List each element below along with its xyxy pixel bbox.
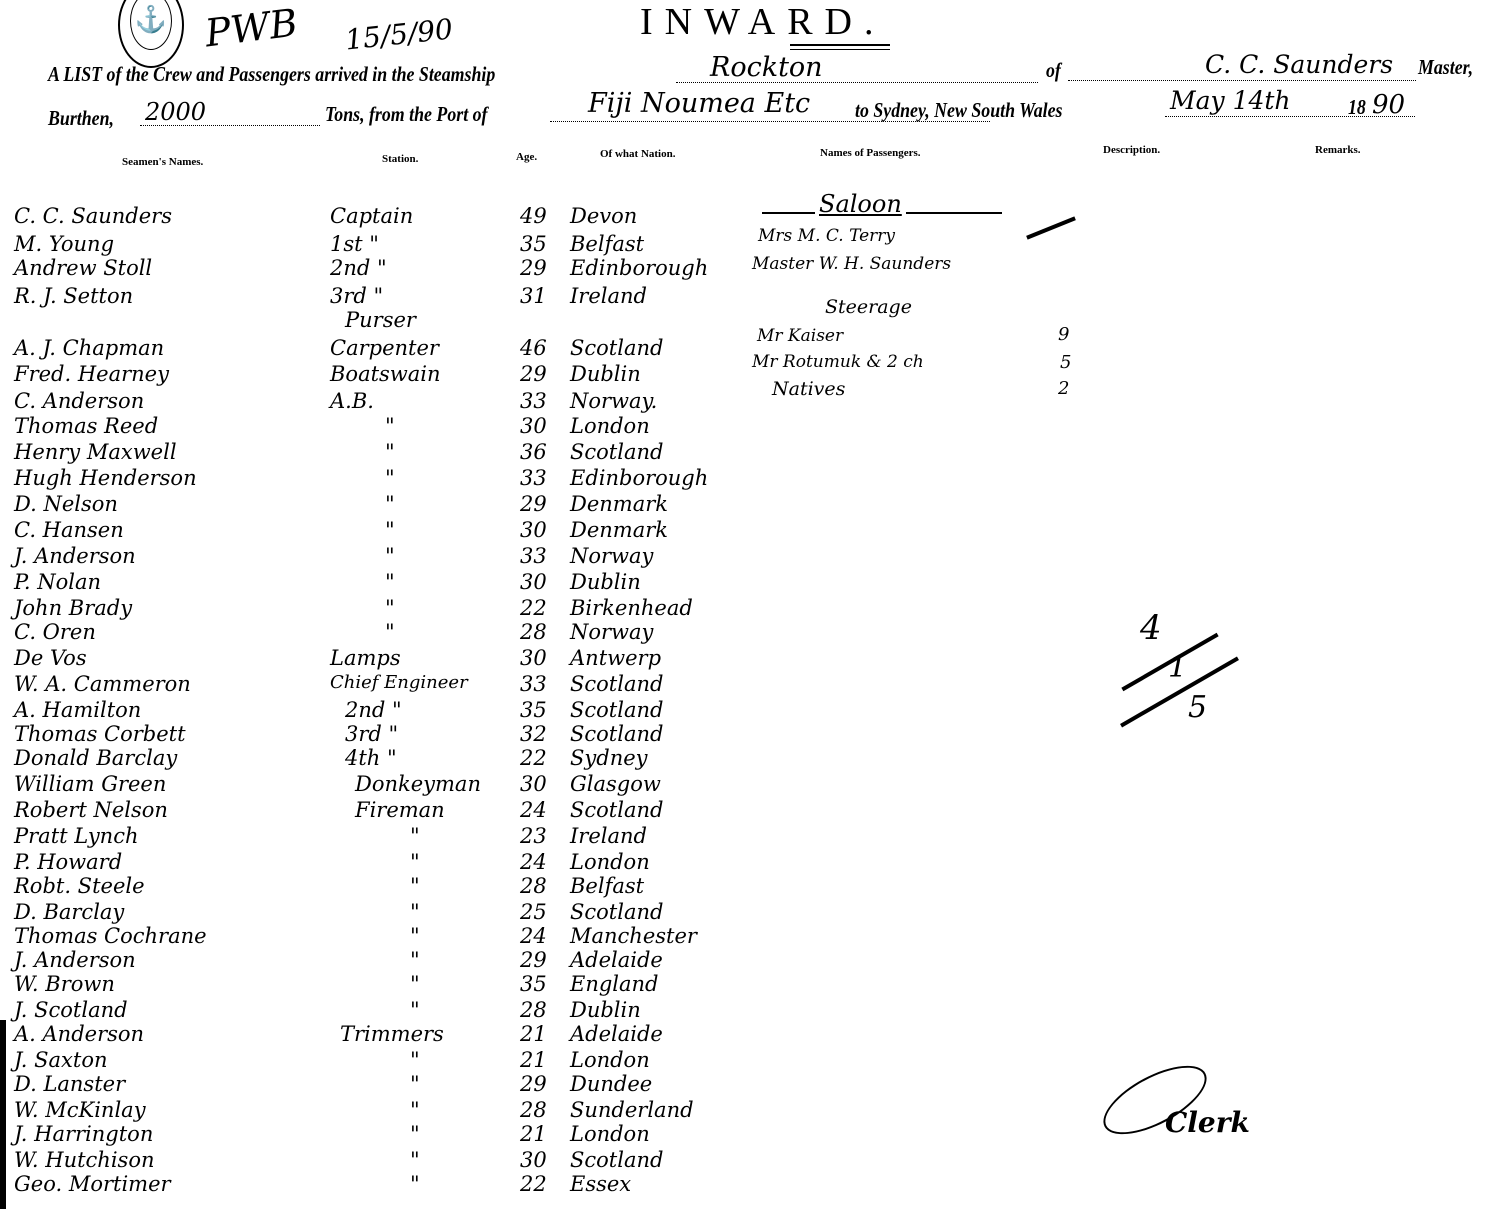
seaman-nation: Denmark [570,518,668,542]
seaman-age: 28 [520,1098,547,1122]
seaman-age: 30 [520,1148,547,1172]
seaman-nation: England [570,972,659,996]
seaman-nation: Adelaide [570,948,663,972]
crew-row: W. Hutchison"30Scotland [0,1148,800,1174]
seaman-station: " [385,414,395,438]
seaman-nation: Scotland [570,672,663,696]
seaman-nation: Ireland [570,824,647,848]
seaman-age: 35 [520,232,547,256]
seaman-name: P. Nolan [14,570,101,594]
seaman-station: " [385,466,395,490]
seaman-station: Boatswain [330,362,441,386]
seaman-nation: Belfast [570,232,644,256]
passenger-tally: 9 [1058,324,1069,345]
seaman-nation: Belfast [570,874,644,898]
shipping-department-stamp: ⚓ [118,0,184,68]
seaman-name: A. J. Chapman [14,336,164,360]
passenger-tally: 2 [1058,378,1069,399]
seaman-nation: Sunderland [570,1098,694,1122]
seaman-age: 22 [520,746,547,770]
crew-row: Thomas Cochrane"24Manchester [0,924,800,950]
seaman-name: J. Saxton [14,1048,108,1072]
seaman-name: Robt. Steele [14,874,145,898]
crew-row: Robt. Steele"28Belfast [0,874,800,900]
seaman-name: J. Scotland [14,998,128,1022]
crew-row: J. Anderson"29Adelaide [0,948,800,974]
seaman-nation: Denmark [570,492,668,516]
seaman-name: Donald Barclay [14,746,177,770]
form-line2-prefix: Burthen, [48,106,114,131]
crew-row: A. AndersonTrimmers21Adelaide [0,1022,800,1048]
seaman-name: M. Young [14,232,114,256]
seaman-age: 29 [520,948,547,972]
annotation-initials: PWB [203,1,300,56]
seaman-station: Chief Engineer [330,672,468,693]
passenger-name: Mr Kaiser [757,326,843,346]
seaman-station: " [410,1172,420,1196]
crew-row: C. AndersonA.B.33Norway. [0,389,800,415]
column-header-remarks: Remarks. [1315,144,1361,156]
arrival-date: May 14th [1170,86,1291,115]
seaman-name: Pratt Lynch [14,824,139,848]
seaman-age: 29 [520,362,547,386]
seaman-station: " [410,1072,420,1096]
crew-row: R. J. Setton3rd "31Ireland [0,284,800,310]
crew-row: A. Hamilton2nd "35Scotland [0,698,800,724]
crew-row: De VosLamps30Antwerp [0,646,800,672]
crew-row: J. Saxton"21London [0,1048,800,1074]
column-header-description: Description. [1103,144,1160,156]
column-header-name: Seamen's Names. [122,156,203,168]
page-edge-shadow [0,1020,6,1209]
seaman-age: 46 [520,336,547,360]
seaman-station: " [410,1048,420,1072]
crew-row: P. Nolan"30Dublin [0,570,800,596]
seaman-station: " [410,972,420,996]
seaman-station: Lamps [330,646,401,670]
anchor-icon: ⚓ [130,0,172,50]
crew-row: A. J. ChapmanCarpenter46Scotland [0,336,800,362]
seaman-nation: Sydney [570,746,648,770]
year-prefix: 18 [1348,95,1366,120]
crew-row: M. Young1st "35Belfast [0,232,800,258]
seaman-name: C. Hansen [14,518,124,542]
seaman-name: C. C. Saunders [14,204,172,228]
form-line1-suffix: Master, [1418,55,1473,80]
seaman-age: 35 [520,972,547,996]
crew-row: C. C. SaundersCaptain49Devon [0,204,800,230]
seaman-station: 3rd " [345,722,398,746]
signature: Clerk [1165,1106,1250,1139]
crew-row: J. Scotland"28Dublin [0,998,800,1024]
crew-row: W. McKinlay"28Sunderland [0,1098,800,1124]
seaman-name: D. Lanster [14,1072,125,1096]
seaman-name: C. Anderson [14,389,144,413]
passenger-name: Natives [772,378,845,400]
seaman-nation: Birkenhead [570,596,693,620]
seaman-station: " [410,1148,420,1172]
seaman-station: " [385,518,395,542]
seaman-station: " [410,850,420,874]
seaman-nation: Scotland [570,440,663,464]
seaman-age: 29 [520,256,547,280]
crew-row: Purser [0,308,800,334]
seaman-nation: Scotland [570,336,663,360]
seaman-name: J. Harrington [14,1122,153,1146]
seaman-station: 2nd " [345,698,402,722]
column-header-nation: Of what Nation. [600,148,675,160]
seaman-station: Captain [330,204,413,228]
seaman-name: De Vos [14,646,87,670]
form-line2-mid: Tons, from the Port of [325,102,487,127]
crew-row: D. Barclay"25Scotland [0,900,800,926]
crew-row: C. Hansen"30Denmark [0,518,800,544]
seaman-age: 24 [520,798,547,822]
seaman-nation: Glasgow [570,772,661,796]
seaman-station: " [410,948,420,972]
crew-row: Henry Maxwell"36Scotland [0,440,800,466]
crew-row: J. Anderson"33Norway [0,544,800,570]
seaman-age: 49 [520,204,547,228]
seaman-age: 30 [520,518,547,542]
seaman-name: Thomas Cochrane [14,924,207,948]
crew-row: William GreenDonkeyman30Glasgow [0,772,800,798]
seaman-age: 21 [520,1022,547,1046]
seaman-age: 33 [520,466,547,490]
seaman-nation: Norway. [570,389,657,413]
seaman-nation: Scotland [570,722,663,746]
seaman-age: 29 [520,492,547,516]
crew-row: C. Oren"28Norway [0,620,800,646]
seaman-nation: Antwerp [570,646,661,670]
seaman-station: Purser [345,308,416,332]
seaman-station: " [385,620,395,644]
seaman-station: Carpenter [330,336,439,360]
seaman-age: 33 [520,544,547,568]
totals-bottom: 5 [1188,690,1207,725]
seaman-station: Donkeyman [355,772,481,796]
seaman-age: 21 [520,1122,547,1146]
seaman-station: 4th " [345,746,397,770]
seaman-nation: Dublin [570,570,641,594]
seaman-name: W. Hutchison [14,1148,155,1172]
form-line1-of: of [1046,58,1061,83]
seaman-station: 2nd " [330,256,387,280]
crew-row: Robert NelsonFireman24Scotland [0,798,800,824]
seaman-station: " [385,492,395,516]
seaman-name: W. A. Cammeron [14,672,191,696]
seaman-station: " [385,596,395,620]
seaman-nation: Devon [570,204,637,228]
column-header-age: Age. [516,151,537,163]
seaman-age: 30 [520,772,547,796]
seaman-age: 22 [520,596,547,620]
seaman-nation: Edinborough [570,466,708,490]
page-title: INWARD. [640,0,885,44]
seaman-nation: Scotland [570,698,663,722]
crew-row: Andrew Stoll2nd "29Edinborough [0,256,800,282]
master-field-line [1068,80,1416,81]
seaman-station: " [385,570,395,594]
seaman-nation: London [570,850,650,874]
crew-row: Thomas Corbett3rd "32Scotland [0,722,800,748]
annotation-date: 15/5/90 [344,12,455,56]
seaman-name: A. Hamilton [14,698,141,722]
seaman-age: 33 [520,389,547,413]
seaman-age: 30 [520,646,547,670]
seaman-name: Fred. Hearney [14,362,169,386]
seaman-age: 24 [520,924,547,948]
crew-row: P. Howard"24London [0,850,800,876]
crew-row: D. Nelson"29Denmark [0,492,800,518]
crew-row: Geo. Mortimer"22Essex [0,1172,800,1198]
seaman-age: 28 [520,998,547,1022]
seaman-age: 28 [520,620,547,644]
seaman-age: 25 [520,900,547,924]
seaman-nation: London [570,1048,650,1072]
seaman-station: " [410,900,420,924]
seaman-name: D. Nelson [14,492,118,516]
ship-name: Rockton [710,52,823,83]
seaman-nation: Ireland [570,284,647,308]
seaman-station: " [385,544,395,568]
seaman-age: 31 [520,284,547,308]
seaman-station: 1st " [330,232,379,256]
master-name: C. C. Saunders [1205,50,1393,79]
seaman-station: Fireman [355,798,445,822]
form-line2-destination: to Sydney, New South Wales [855,98,1062,123]
seaman-station: A.B. [330,389,374,413]
crew-row: W. Brown"35England [0,972,800,998]
column-header-station: Station. [382,153,418,165]
seaman-age: 23 [520,824,547,848]
seaman-age: 28 [520,874,547,898]
seaman-nation: Scotland [570,798,663,822]
seaman-age: 36 [520,440,547,464]
seaman-name: Thomas Reed [14,414,158,438]
passenger-tally: 5 [1060,352,1071,373]
seaman-station: " [410,874,420,898]
totals-middle: 1 [1168,650,1187,685]
passenger-name: Mrs M. C. Terry [758,226,895,246]
seaman-nation: Essex [570,1172,631,1196]
seaman-nation: Adelaide [570,1022,663,1046]
column-header-passengers: Names of Passengers. [820,147,921,159]
seaman-age: 30 [520,570,547,594]
crew-row: Donald Barclay4th "22Sydney [0,746,800,772]
seaman-name: William Green [14,772,166,796]
crew-row: J. Harrington"21London [0,1122,800,1148]
steerage-heading: Steerage [825,296,912,318]
seaman-station: " [410,998,420,1022]
seaman-name: R. J. Setton [14,284,133,308]
seaman-nation: Manchester [570,924,697,948]
seaman-name: John Brady [14,596,132,620]
tonnage: 2000 [145,98,206,126]
seaman-station: " [385,440,395,464]
seaman-name: P. Howard [14,850,122,874]
seaman-name: Henry Maxwell [14,440,177,464]
crew-row: Thomas Reed"30London [0,414,800,440]
seaman-age: 21 [520,1048,547,1072]
seaman-age: 33 [520,672,547,696]
seaman-station: " [410,824,420,848]
seaman-name: J. Anderson [14,544,136,568]
crew-row: Pratt Lynch"23Ireland [0,824,800,850]
seaman-name: W. McKinlay [14,1098,146,1122]
seaman-nation: Edinborough [570,256,708,280]
seaman-age: 22 [520,1172,547,1196]
seaman-station: Trimmers [340,1022,444,1046]
seaman-name: C. Oren [14,620,96,644]
seaman-nation: London [570,1122,650,1146]
seaman-nation: Scotland [570,900,663,924]
seaman-nation: Dundee [570,1072,652,1096]
seaman-station: " [410,1122,420,1146]
seaman-age: 29 [520,1072,547,1096]
seaman-nation: Dublin [570,362,641,386]
seaman-age: 32 [520,722,547,746]
seaman-name: Andrew Stoll [14,256,152,280]
totals-top: 4 [1140,608,1162,648]
seaman-name: Hugh Henderson [14,466,197,490]
title-underline [790,44,890,50]
seaman-name: Robert Nelson [14,798,168,822]
crew-row: John Brady"22Birkenhead [0,596,800,622]
seaman-station: " [410,1098,420,1122]
seaman-name: A. Anderson [14,1022,144,1046]
seaman-age: 24 [520,850,547,874]
seaman-age: 30 [520,414,547,438]
seaman-name: D. Barclay [14,900,124,924]
seaman-nation: Norway [570,544,653,568]
crew-row: D. Lanster"29Dundee [0,1072,800,1098]
seaman-nation: Norway [570,620,653,644]
crew-row: W. A. CammeronChief Engineer33Scotland [0,672,800,698]
port-of-departure: Fiji Noumea Etc [588,88,810,119]
passenger-name: Mr Rotumuk & 2 ch [752,352,924,372]
seaman-nation: Dublin [570,998,641,1022]
seaman-name: Geo. Mortimer [14,1172,171,1196]
seaman-nation: London [570,414,650,438]
crew-row: Fred. HearneyBoatswain29Dublin [0,362,800,388]
seaman-nation: Scotland [570,1148,663,1172]
seaman-name: Thomas Corbett [14,722,186,746]
passenger-name: Master W. H. Saunders [752,254,951,274]
year-suffix: 90 [1372,90,1405,120]
seaman-name: W. Brown [14,972,115,996]
saloon-heading: Saloon [815,190,906,218]
seaman-station: " [410,924,420,948]
seaman-age: 35 [520,698,547,722]
saloon-tally-mark [1026,216,1076,239]
form-line1-prefix: A LIST of the Crew and Passengers arrive… [48,62,495,87]
crew-row: Hugh Henderson"33Edinborough [0,466,800,492]
seaman-name: J. Anderson [14,948,136,972]
seaman-station: 3rd " [330,284,383,308]
